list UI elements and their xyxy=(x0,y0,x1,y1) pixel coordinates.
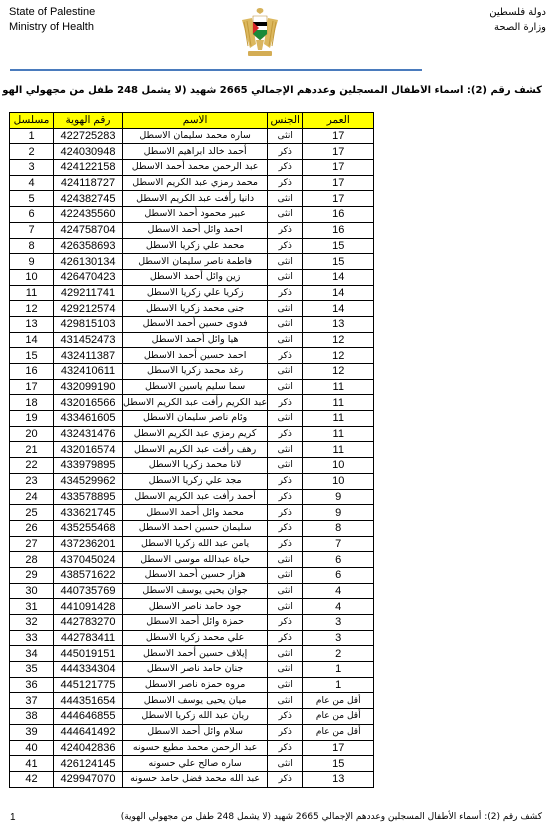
table-row: 17ذكرمحمد رمزي عبد الكريم الاسطل42411872… xyxy=(10,175,374,191)
cell-name: هزار حسين أحمد الاسطل xyxy=(123,567,268,583)
cell-id-number: 432410611 xyxy=(54,364,123,380)
cell-serial: 30 xyxy=(10,583,54,599)
palestine-emblem-icon xyxy=(240,4,280,60)
cell-age: 11 xyxy=(303,426,374,442)
cell-age: 4 xyxy=(303,599,374,615)
cell-serial: 23 xyxy=(10,473,54,489)
cell-name: وئام ناصر سليمان الاسطل xyxy=(123,411,268,427)
table-row: 14انثىزين وائل أحمد الاسطل42647042310 xyxy=(10,269,374,285)
cell-age: 10 xyxy=(303,458,374,474)
cell-age: 13 xyxy=(303,316,374,332)
table-row: 1انثىمروه حمزه ناصر الاسطل44512177536 xyxy=(10,677,374,693)
cell-gender: ذكر xyxy=(268,175,303,191)
cell-name: رهف رأفت عبد الكريم الاسطل xyxy=(123,442,268,458)
cell-id-number: 433461605 xyxy=(54,411,123,427)
cell-age: 9 xyxy=(303,505,374,521)
cell-name: رغد محمد زكريا الاسطل xyxy=(123,364,268,380)
cell-serial: 36 xyxy=(10,677,54,693)
cell-gender: ذكر xyxy=(268,489,303,505)
cell-gender: انثى xyxy=(268,677,303,693)
cell-gender: ذكر xyxy=(268,348,303,364)
children-table: العمر الجنس الاسم رقم الهوية مسلسل 17انث… xyxy=(9,112,374,788)
cell-age: 16 xyxy=(303,207,374,223)
header-english: State of Palestine Ministry of Health xyxy=(9,5,95,35)
cell-gender: انثى xyxy=(268,458,303,474)
cell-id-number: 435255468 xyxy=(54,520,123,536)
cell-serial: 21 xyxy=(10,442,54,458)
cell-id-number: 444351654 xyxy=(54,693,123,709)
cell-age: 17 xyxy=(303,144,374,160)
cell-name: جود حامد ناصر الاسطل xyxy=(123,599,268,615)
cell-age: أقل من عام xyxy=(303,724,374,740)
ministry-name-en: Ministry of Health xyxy=(9,20,95,35)
cell-name: إيلاف حسين أحمد الاسطل xyxy=(123,646,268,662)
cell-id-number: 426124145 xyxy=(54,756,123,772)
column-header-name: الاسم xyxy=(123,113,268,129)
table-row: 6انثىحياة عبدالله موسى الاسطل43704502428 xyxy=(10,552,374,568)
header-divider xyxy=(10,69,422,71)
cell-serial: 20 xyxy=(10,426,54,442)
cell-serial: 7 xyxy=(10,222,54,238)
table-row: 15انثىساره صالح علي حسونه42612414541 xyxy=(10,756,374,772)
cell-name: احمد وائل أحمد الاسطل xyxy=(123,222,268,238)
cell-gender: انثى xyxy=(268,269,303,285)
table-body: 17انثىساره محمد سليمان الاسطل42272528311… xyxy=(10,128,374,787)
cell-gender: انثى xyxy=(268,646,303,662)
cell-name: هيا وائل أحمد الاسطل xyxy=(123,332,268,348)
table-header-row: العمر الجنس الاسم رقم الهوية مسلسل xyxy=(10,113,374,129)
cell-age: 17 xyxy=(303,128,374,144)
cell-gender: انثى xyxy=(268,364,303,380)
cell-gender: ذكر xyxy=(268,395,303,411)
cell-gender: ذكر xyxy=(268,536,303,552)
cell-id-number: 434529962 xyxy=(54,473,123,489)
cell-id-number: 444334304 xyxy=(54,662,123,678)
cell-serial: 16 xyxy=(10,364,54,380)
cell-age: 4 xyxy=(303,583,374,599)
footer-text: كشف رقم (2): أسماء الأطفال المسجلين وعدد… xyxy=(121,812,542,822)
cell-name: عبد الرحمن محمد مطيع حسونه xyxy=(123,740,268,756)
table-row: 4انثىجود حامد ناصر الاسطل44109142831 xyxy=(10,599,374,615)
cell-name: حمزة وائل أحمد الاسطل xyxy=(123,615,268,631)
cell-age: 2 xyxy=(303,646,374,662)
cell-serial: 41 xyxy=(10,756,54,772)
cell-serial: 28 xyxy=(10,552,54,568)
cell-id-number: 438571622 xyxy=(54,567,123,583)
cell-serial: 34 xyxy=(10,646,54,662)
cell-serial: 12 xyxy=(10,301,54,317)
cell-serial: 10 xyxy=(10,269,54,285)
cell-serial: 27 xyxy=(10,536,54,552)
cell-id-number: 429815103 xyxy=(54,316,123,332)
cell-serial: 33 xyxy=(10,630,54,646)
cell-name: عبد الله محمد فضل حامد حسونه xyxy=(123,771,268,787)
cell-age: 15 xyxy=(303,254,374,270)
cell-serial: 4 xyxy=(10,175,54,191)
cell-id-number: 424382745 xyxy=(54,191,123,207)
cell-name: فاطمة ناصر سليمان الاسطل xyxy=(123,254,268,270)
cell-name: علي محمد زكريا الاسطل xyxy=(123,630,268,646)
column-header-serial: مسلسل xyxy=(10,113,54,129)
cell-id-number: 433979895 xyxy=(54,458,123,474)
cell-age: 17 xyxy=(303,740,374,756)
cell-name: احمد حسين أحمد الاسطل xyxy=(123,348,268,364)
table-row: 3ذكرحمزة وائل أحمد الاسطل44278327032 xyxy=(10,615,374,631)
cell-gender: ذكر xyxy=(268,426,303,442)
cell-age: 11 xyxy=(303,442,374,458)
cell-id-number: 429212574 xyxy=(54,301,123,317)
table-row: 6انثىهزار حسين أحمد الاسطل43857162229 xyxy=(10,567,374,583)
column-header-age: العمر xyxy=(303,113,374,129)
cell-gender: انثى xyxy=(268,379,303,395)
cell-serial: 1 xyxy=(10,128,54,144)
cell-age: 8 xyxy=(303,520,374,536)
table-row: 17انثىدانيا رأفت عبد الكريم الاسطل424382… xyxy=(10,191,374,207)
table-row: 12انثىرغد محمد زكريا الاسطل43241061116 xyxy=(10,364,374,380)
table-row: 7ذكريامن عبد الله زكريا الاسطل4372362012… xyxy=(10,536,374,552)
cell-id-number: 424122158 xyxy=(54,160,123,176)
cell-id-number: 433621745 xyxy=(54,505,123,521)
cell-id-number: 426358693 xyxy=(54,238,123,254)
cell-name: ساره صالح علي حسونه xyxy=(123,756,268,772)
cell-name: لانا محمد زكريا الاسطل xyxy=(123,458,268,474)
cell-serial: 35 xyxy=(10,662,54,678)
cell-serial: 25 xyxy=(10,505,54,521)
cell-gender: انثى xyxy=(268,552,303,568)
page-number: 1 xyxy=(10,812,16,823)
cell-age: 6 xyxy=(303,552,374,568)
cell-name: أحمد خالد ابراهيم الاسطل xyxy=(123,144,268,160)
table-row: أقل من عامذكرسلام وائل أحمد الاسطل444641… xyxy=(10,724,374,740)
state-name-ar: دولة فلسطين xyxy=(489,5,546,20)
cell-serial: 42 xyxy=(10,771,54,787)
cell-id-number: 444646855 xyxy=(54,709,123,725)
cell-age: 11 xyxy=(303,411,374,427)
cell-id-number: 432099190 xyxy=(54,379,123,395)
cell-id-number: 437045024 xyxy=(54,552,123,568)
cell-name: أحمد رأفت عبد الكريم الاسطل xyxy=(123,489,268,505)
cell-id-number: 424758704 xyxy=(54,222,123,238)
cell-id-number: 444641492 xyxy=(54,724,123,740)
table-row: 10انثىلانا محمد زكريا الاسطل43397989522 xyxy=(10,458,374,474)
cell-id-number: 445019151 xyxy=(54,646,123,662)
table-row: 11انثىرهف رأفت عبد الكريم الاسطل43201657… xyxy=(10,442,374,458)
table-row: 11انثىسما سليم ياسين الاسطل43209919017 xyxy=(10,379,374,395)
table-row: 17ذكرأحمد خالد ابراهيم الاسطل4240309482 xyxy=(10,144,374,160)
cell-name: عبير محمود أحمد الاسطل xyxy=(123,207,268,223)
cell-gender: ذكر xyxy=(268,222,303,238)
cell-name: جوان يحيى يوسف الاسطل xyxy=(123,583,268,599)
cell-gender: ذكر xyxy=(268,740,303,756)
cell-name: فدوى حسين أحمد الاسطل xyxy=(123,316,268,332)
cell-id-number: 426130134 xyxy=(54,254,123,270)
cell-serial: 17 xyxy=(10,379,54,395)
cell-gender: ذكر xyxy=(268,630,303,646)
cell-id-number: 422725283 xyxy=(54,128,123,144)
table-row: 15ذكرمحمد علي زكريا الاسطل4263586938 xyxy=(10,238,374,254)
cell-id-number: 424118727 xyxy=(54,175,123,191)
table-row: 17ذكرعبد الرحمن محمد أحمد الاسطل42412215… xyxy=(10,160,374,176)
cell-gender: ذكر xyxy=(268,160,303,176)
cell-gender: ذكر xyxy=(268,505,303,521)
cell-gender: انثى xyxy=(268,756,303,772)
cell-name: دانيا رأفت عبد الكريم الاسطل xyxy=(123,191,268,207)
table-row: 16ذكراحمد وائل أحمد الاسطل4247587047 xyxy=(10,222,374,238)
cell-age: 10 xyxy=(303,473,374,489)
cell-serial: 19 xyxy=(10,411,54,427)
cell-id-number: 426470423 xyxy=(54,269,123,285)
cell-serial: 18 xyxy=(10,395,54,411)
cell-name: محمد علي زكريا الاسطل xyxy=(123,238,268,254)
cell-gender: انثى xyxy=(268,411,303,427)
cell-id-number: 432411387 xyxy=(54,348,123,364)
cell-age: 15 xyxy=(303,238,374,254)
cell-gender: ذكر xyxy=(268,473,303,489)
header-arabic: دولة فلسطين وزارة الصحة xyxy=(489,5,546,35)
cell-name: زكريا علي زكريا الاسطل xyxy=(123,285,268,301)
table-row: 1انثىجنان حامد ناصر الاسطل44433430435 xyxy=(10,662,374,678)
cell-gender: ذكر xyxy=(268,520,303,536)
cell-name: جنان حامد ناصر الاسطل xyxy=(123,662,268,678)
cell-gender: انثى xyxy=(268,332,303,348)
cell-serial: 14 xyxy=(10,332,54,348)
cell-gender: انثى xyxy=(268,191,303,207)
cell-name: محمد رمزي عبد الكريم الاسطل xyxy=(123,175,268,191)
cell-gender: ذكر xyxy=(268,709,303,725)
cell-age: 3 xyxy=(303,630,374,646)
cell-age: 12 xyxy=(303,364,374,380)
cell-age: 9 xyxy=(303,489,374,505)
table-row: 13ذكرعبد الله محمد فضل حامد حسونه4299470… xyxy=(10,771,374,787)
cell-id-number: 429211741 xyxy=(54,285,123,301)
cell-name: عبد الكريم رأفت عبد الكريم الاسطل xyxy=(123,395,268,411)
cell-gender: انثى xyxy=(268,662,303,678)
cell-id-number: 442783270 xyxy=(54,615,123,631)
state-name-en: State of Palestine xyxy=(9,5,95,20)
cell-gender: انثى xyxy=(268,583,303,599)
table-row: 11ذكركريم رمزي عبد الكريم الاسطل43243147… xyxy=(10,426,374,442)
cell-id-number: 442783411 xyxy=(54,630,123,646)
cell-age: 11 xyxy=(303,395,374,411)
cell-age: 6 xyxy=(303,567,374,583)
cell-name: سما سليم ياسين الاسطل xyxy=(123,379,268,395)
table-row: أقل من عامانثىميان يحيى يوسف الاسطل44435… xyxy=(10,693,374,709)
cell-gender: انثى xyxy=(268,599,303,615)
cell-id-number: 437236201 xyxy=(54,536,123,552)
cell-age: 17 xyxy=(303,191,374,207)
cell-serial: 22 xyxy=(10,458,54,474)
cell-serial: 38 xyxy=(10,709,54,725)
table-row: 13انثىفدوى حسين أحمد الاسطل42981510313 xyxy=(10,316,374,332)
table-row: 2انثىإيلاف حسين أحمد الاسطل44501915134 xyxy=(10,646,374,662)
cell-name: محمد وائل أحمد الاسطل xyxy=(123,505,268,521)
table-row: 9ذكرمحمد وائل أحمد الاسطل43362174525 xyxy=(10,505,374,521)
cell-id-number: 424030948 xyxy=(54,144,123,160)
cell-name: سليمان حسين احمد الاسطل xyxy=(123,520,268,536)
cell-age: 14 xyxy=(303,285,374,301)
cell-id-number: 431452473 xyxy=(54,332,123,348)
cell-name: عبد الرحمن محمد أحمد الاسطل xyxy=(123,160,268,176)
table-row: 8ذكرسليمان حسين احمد الاسطل43525546826 xyxy=(10,520,374,536)
table-row: 12انثىهيا وائل أحمد الاسطل43145247314 xyxy=(10,332,374,348)
cell-serial: 31 xyxy=(10,599,54,615)
cell-age: 11 xyxy=(303,379,374,395)
cell-id-number: 432431476 xyxy=(54,426,123,442)
cell-serial: 26 xyxy=(10,520,54,536)
cell-serial: 13 xyxy=(10,316,54,332)
table-row: أقل من عامذكرريان عبد الله زكريا الاسطل4… xyxy=(10,709,374,725)
table-row: 16انثىعبير محمود أحمد الاسطل4224355606 xyxy=(10,207,374,223)
cell-id-number: 440735769 xyxy=(54,583,123,599)
cell-name: ريان عبد الله زكريا الاسطل xyxy=(123,709,268,725)
table-row: 17ذكرعبد الرحمن محمد مطيع حسونه424042836… xyxy=(10,740,374,756)
table-row: 11ذكرعبد الكريم رأفت عبد الكريم الاسطل43… xyxy=(10,395,374,411)
cell-name: مروه حمزه ناصر الاسطل xyxy=(123,677,268,693)
cell-age: 7 xyxy=(303,536,374,552)
cell-serial: 3 xyxy=(10,160,54,176)
cell-gender: ذكر xyxy=(268,771,303,787)
cell-gender: ذكر xyxy=(268,285,303,301)
cell-gender: انثى xyxy=(268,301,303,317)
cell-gender: انثى xyxy=(268,567,303,583)
document-title: كشف رقم (2): أسماء الأطفال المسجلين وعدد… xyxy=(2,85,542,96)
cell-serial: 5 xyxy=(10,191,54,207)
cell-gender: انثى xyxy=(268,254,303,270)
cell-name: جنى محمد زكريا الاسطل xyxy=(123,301,268,317)
table-row: 11انثىوئام ناصر سليمان الاسطل43346160519 xyxy=(10,411,374,427)
table-row: 14انثىجنى محمد زكريا الاسطل42921257412 xyxy=(10,301,374,317)
table-row: 3ذكرعلي محمد زكريا الاسطل44278341133 xyxy=(10,630,374,646)
cell-age: أقل من عام xyxy=(303,693,374,709)
cell-gender: انثى xyxy=(268,442,303,458)
cell-name: يامن عبد الله زكريا الاسطل xyxy=(123,536,268,552)
column-header-id: رقم الهوية xyxy=(54,113,123,129)
cell-gender: ذكر xyxy=(268,724,303,740)
cell-id-number: 441091428 xyxy=(54,599,123,615)
cell-age: 1 xyxy=(303,677,374,693)
cell-age: 13 xyxy=(303,771,374,787)
table-row: 10ذكرمجد علي زكريا الاسطل43452996223 xyxy=(10,473,374,489)
table-row: 15انثىفاطمة ناصر سليمان الاسطل4261301349 xyxy=(10,254,374,270)
table-row: 9ذكرأحمد رأفت عبد الكريم الاسطل433578895… xyxy=(10,489,374,505)
cell-serial: 39 xyxy=(10,724,54,740)
cell-id-number: 432016566 xyxy=(54,395,123,411)
cell-age: 15 xyxy=(303,756,374,772)
cell-name: سلام وائل أحمد الاسطل xyxy=(123,724,268,740)
cell-name: ساره محمد سليمان الاسطل xyxy=(123,128,268,144)
cell-id-number: 424042836 xyxy=(54,740,123,756)
cell-serial: 2 xyxy=(10,144,54,160)
cell-name: ميان يحيى يوسف الاسطل xyxy=(123,693,268,709)
cell-id-number: 433578895 xyxy=(54,489,123,505)
cell-serial: 32 xyxy=(10,615,54,631)
cell-gender: ذكر xyxy=(268,615,303,631)
cell-name: كريم رمزي عبد الكريم الاسطل xyxy=(123,426,268,442)
cell-serial: 6 xyxy=(10,207,54,223)
cell-age: 12 xyxy=(303,332,374,348)
cell-gender: انثى xyxy=(268,316,303,332)
cell-age: 12 xyxy=(303,348,374,364)
ministry-name-ar: وزارة الصحة xyxy=(489,20,546,35)
cell-serial: 11 xyxy=(10,285,54,301)
cell-name: مجد علي زكريا الاسطل xyxy=(123,473,268,489)
cell-age: 1 xyxy=(303,662,374,678)
cell-age: 17 xyxy=(303,175,374,191)
table-row: 14ذكرزكريا علي زكريا الاسطل42921174111 xyxy=(10,285,374,301)
cell-id-number: 445121775 xyxy=(54,677,123,693)
cell-id-number: 432016574 xyxy=(54,442,123,458)
cell-name: زين وائل أحمد الاسطل xyxy=(123,269,268,285)
cell-id-number: 422435560 xyxy=(54,207,123,223)
cell-age: 3 xyxy=(303,615,374,631)
cell-serial: 15 xyxy=(10,348,54,364)
table-row: 17انثىساره محمد سليمان الاسطل4227252831 xyxy=(10,128,374,144)
cell-gender: ذكر xyxy=(268,144,303,160)
cell-gender: انثى xyxy=(268,693,303,709)
cell-age: 14 xyxy=(303,301,374,317)
cell-serial: 8 xyxy=(10,238,54,254)
cell-age: 17 xyxy=(303,160,374,176)
cell-serial: 37 xyxy=(10,693,54,709)
cell-serial: 29 xyxy=(10,567,54,583)
cell-age: 16 xyxy=(303,222,374,238)
cell-serial: 24 xyxy=(10,489,54,505)
column-header-gender: الجنس xyxy=(268,113,303,129)
cell-age: 14 xyxy=(303,269,374,285)
table-row: 4انثىجوان يحيى يوسف الاسطل44073576930 xyxy=(10,583,374,599)
cell-id-number: 429947070 xyxy=(54,771,123,787)
cell-gender: انثى xyxy=(268,128,303,144)
cell-name: حياة عبدالله موسى الاسطل xyxy=(123,552,268,568)
cell-serial: 9 xyxy=(10,254,54,270)
cell-gender: ذكر xyxy=(268,238,303,254)
table-row: 12ذكراحمد حسين أحمد الاسطل43241138715 xyxy=(10,348,374,364)
cell-serial: 40 xyxy=(10,740,54,756)
cell-age: أقل من عام xyxy=(303,709,374,725)
cell-gender: انثى xyxy=(268,207,303,223)
